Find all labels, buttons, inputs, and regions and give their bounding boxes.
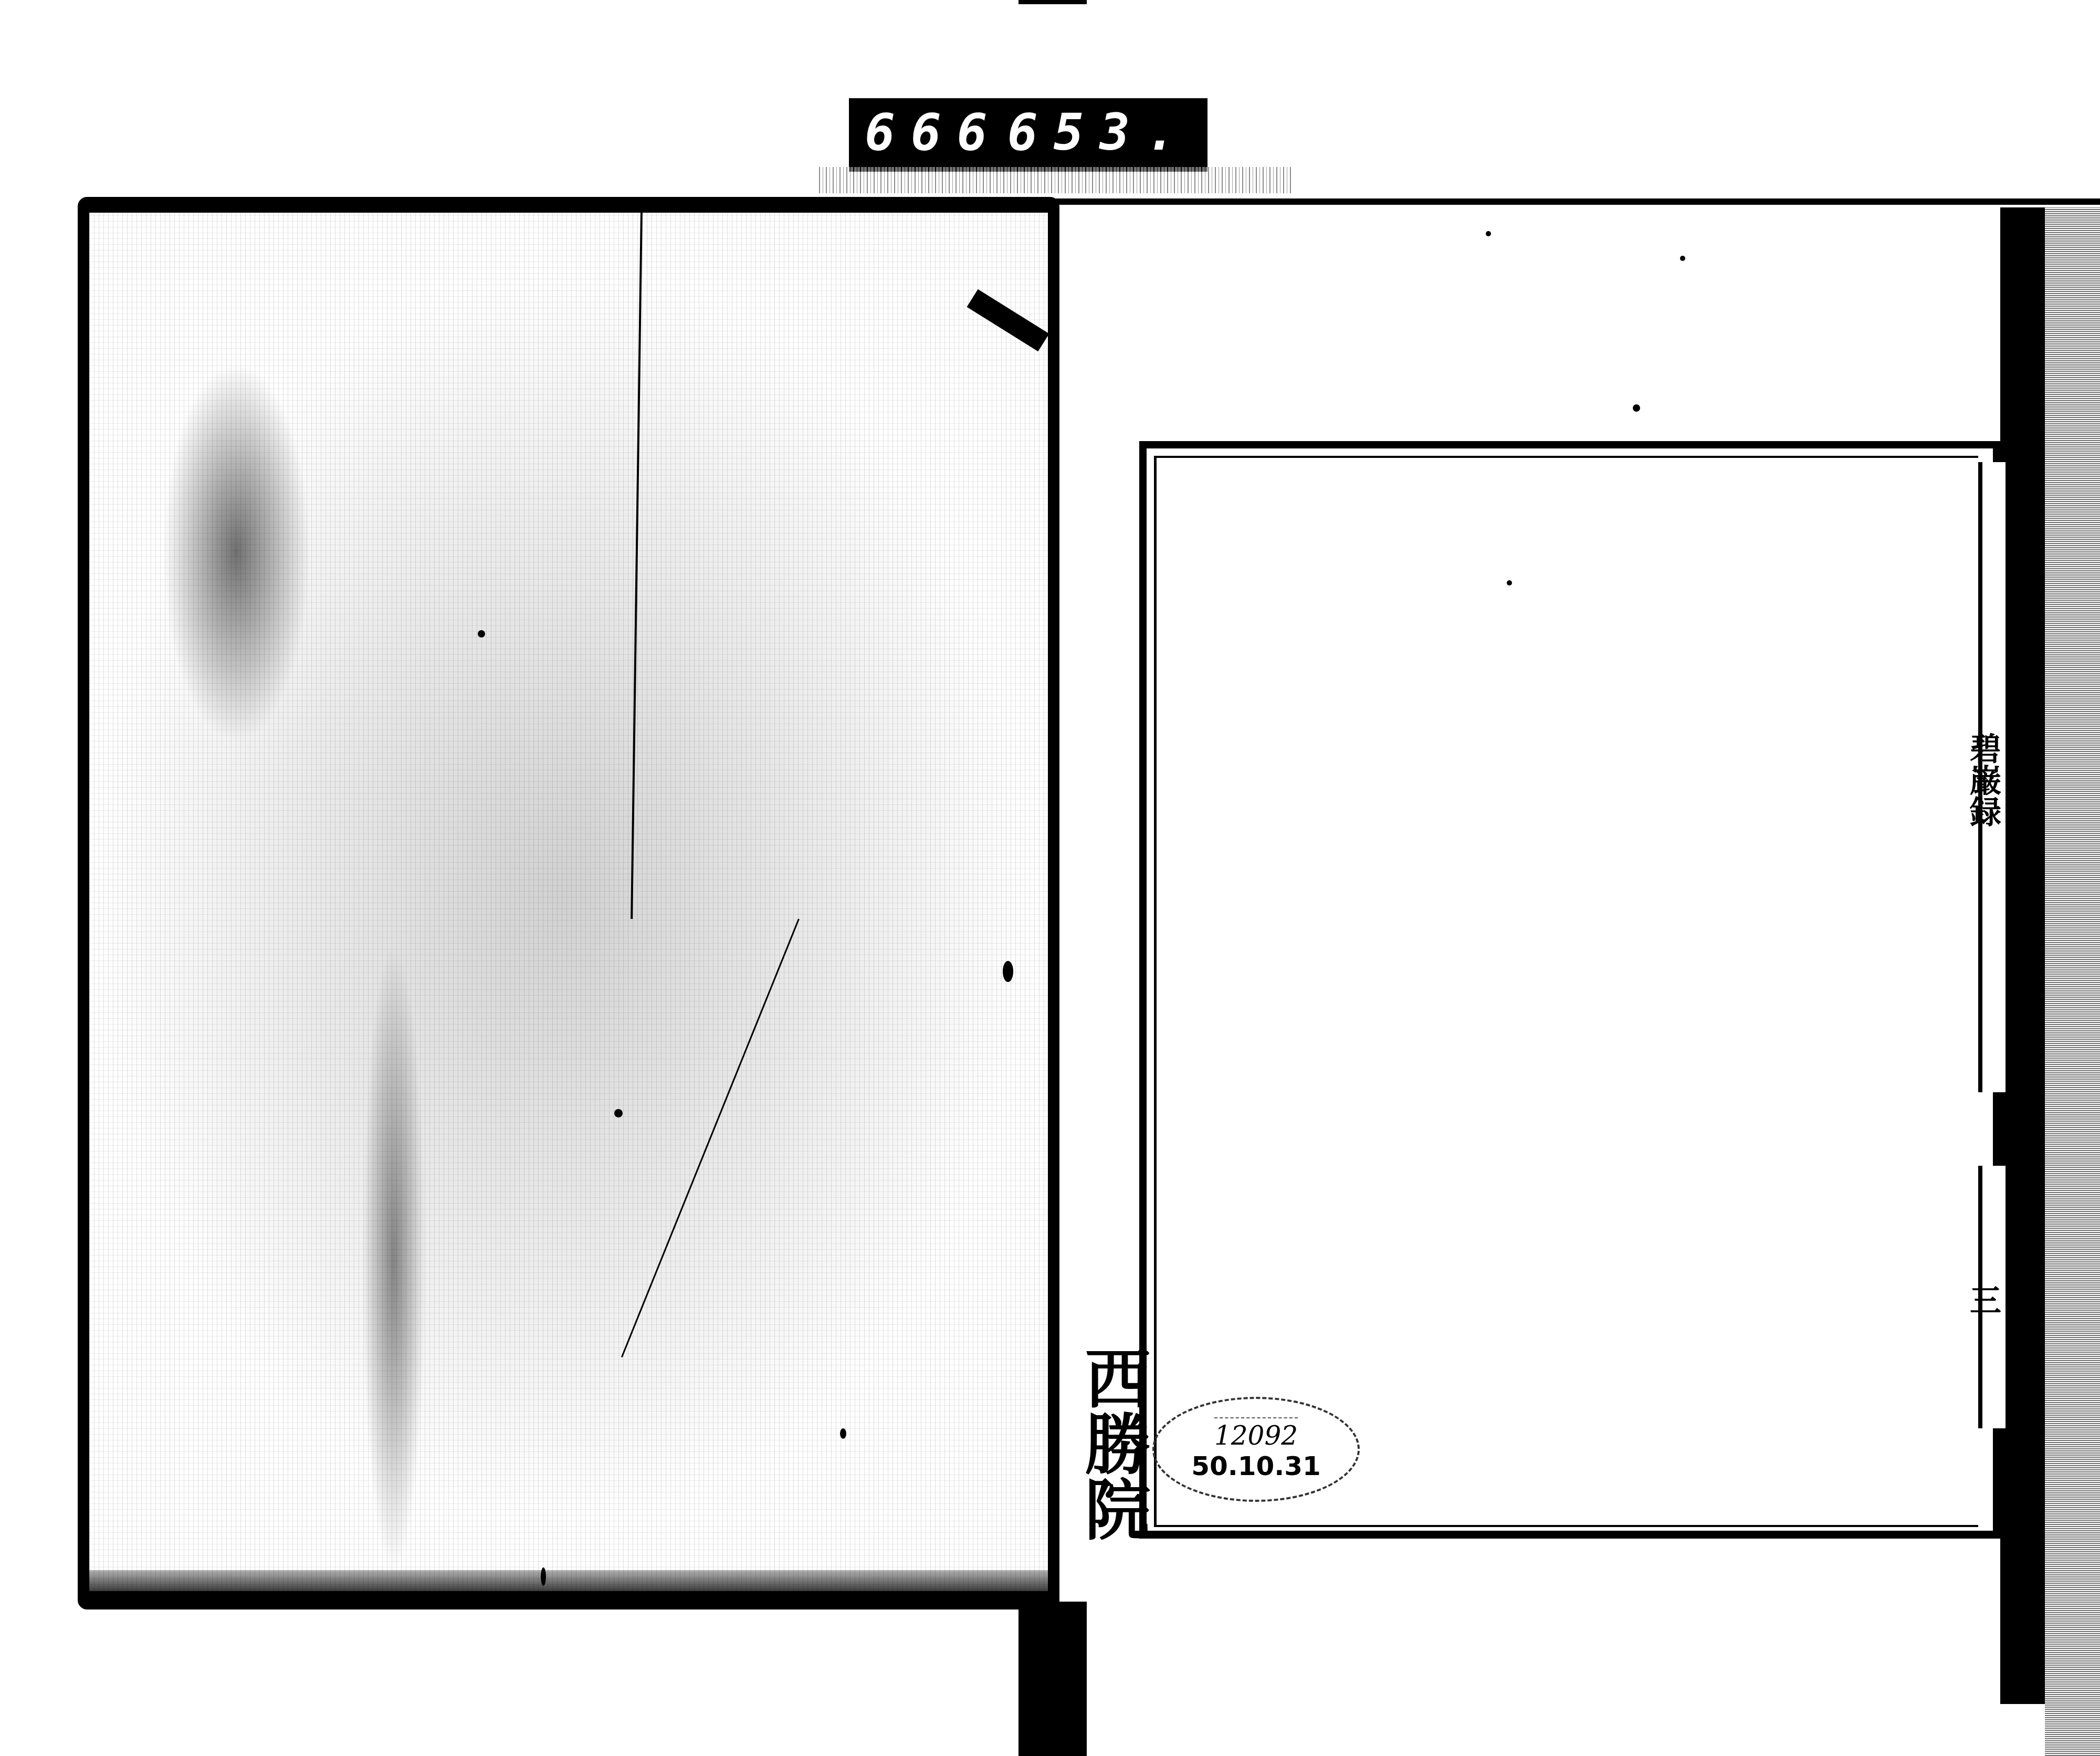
- frame-number-left: 666: [865, 103, 1003, 162]
- book-gutter: [1050, 200, 1058, 1628]
- spine-edge: [2000, 207, 2045, 1704]
- ink-speck: [1486, 231, 1491, 236]
- page-inner-border: [1154, 456, 1978, 1527]
- ink-speck: [1680, 256, 1685, 261]
- cover-texture: [89, 210, 1050, 1596]
- ownership-inscription: 西勝院: [1071, 1344, 1144, 1565]
- frame-number-plate: 666 653.: [849, 98, 1207, 172]
- ink-speck: [614, 1109, 623, 1117]
- ink-speck: [1507, 580, 1512, 586]
- stamp-id-number: 12092: [1214, 1417, 1298, 1451]
- ink-speck: [1633, 404, 1640, 412]
- spine-title-upper: 碧巌録: [1978, 462, 2005, 1092]
- ink-speck: [541, 1567, 546, 1586]
- spine-shadow: [2045, 207, 2100, 1756]
- plate-tab: [1018, 0, 1087, 4]
- ink-speck: [478, 630, 485, 637]
- ink-speck: [1003, 961, 1013, 982]
- plate-shadow: [819, 167, 1291, 193]
- ink-speck: [840, 1428, 846, 1439]
- stamp-date: 50.10.31: [1191, 1451, 1321, 1481]
- right-page-top-edge: [1055, 198, 2100, 205]
- page-bottom-rule: [1134, 1531, 1995, 1538]
- frame-number-right: 653.: [1007, 103, 1192, 162]
- library-stamp: 12092 50.10.31: [1152, 1397, 1360, 1502]
- spine-title-lower: 三: [1978, 1166, 2005, 1428]
- gutter-shadow: [1018, 1602, 1087, 1756]
- cover-bottom-shadow: [89, 1570, 1050, 1602]
